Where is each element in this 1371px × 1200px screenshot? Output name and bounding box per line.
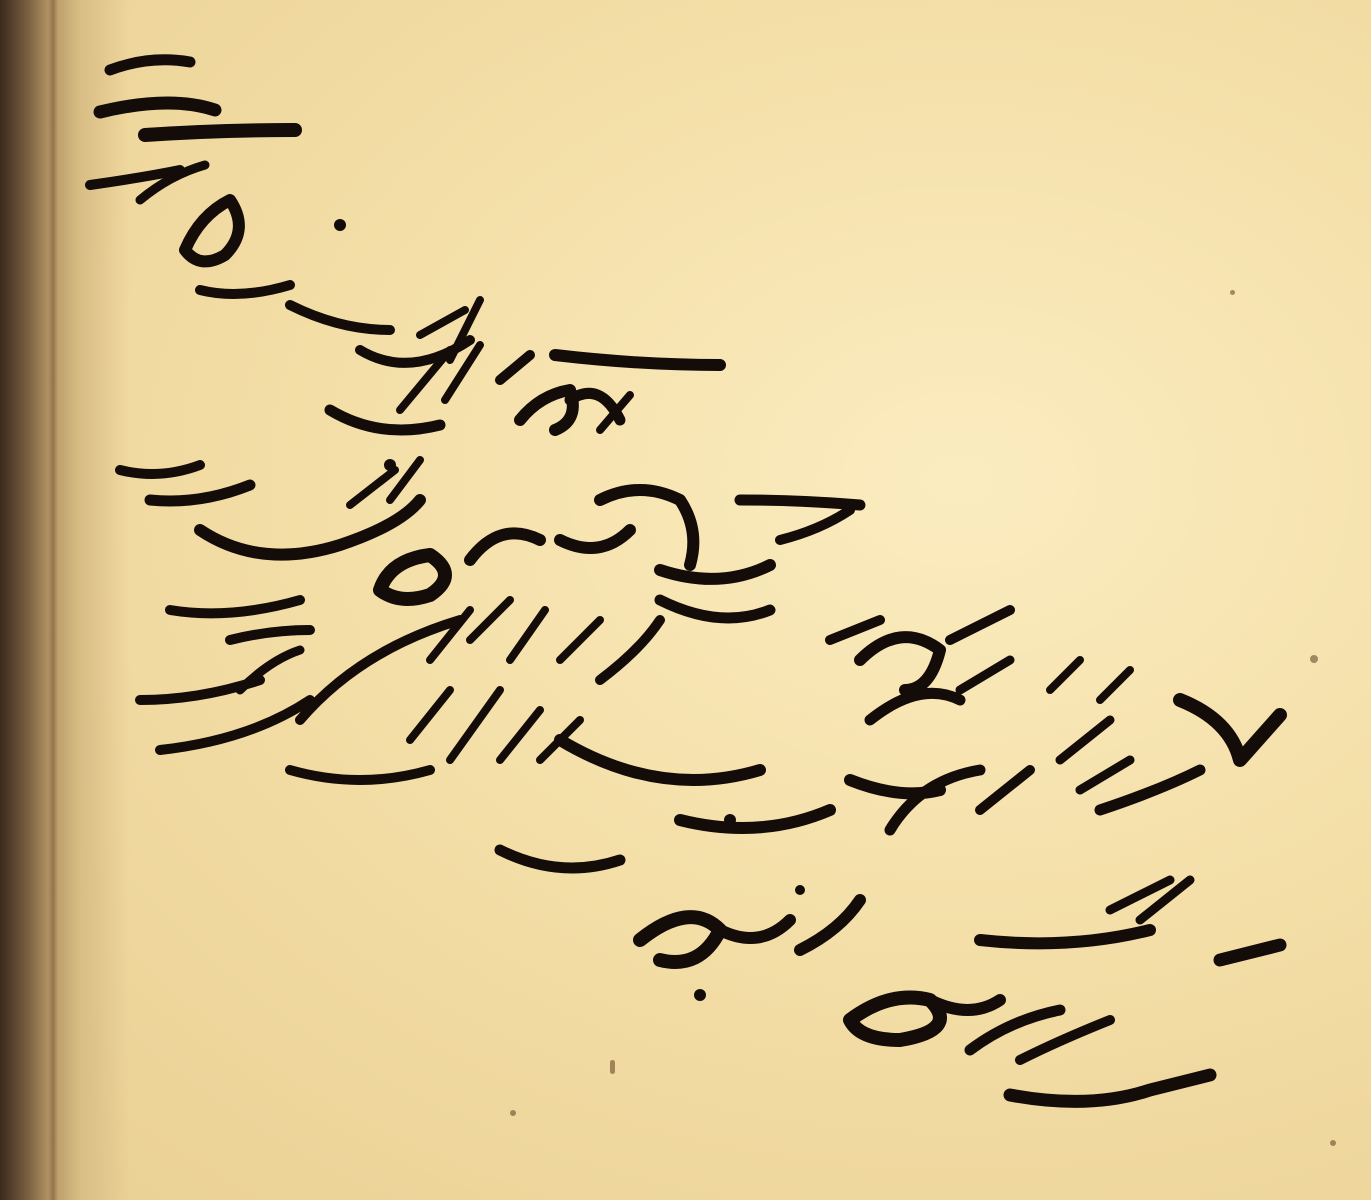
manuscript-page: Handwritten script, not legibly transcri…: [0, 0, 1371, 1200]
calligraphy-text: [0, 0, 1371, 1200]
